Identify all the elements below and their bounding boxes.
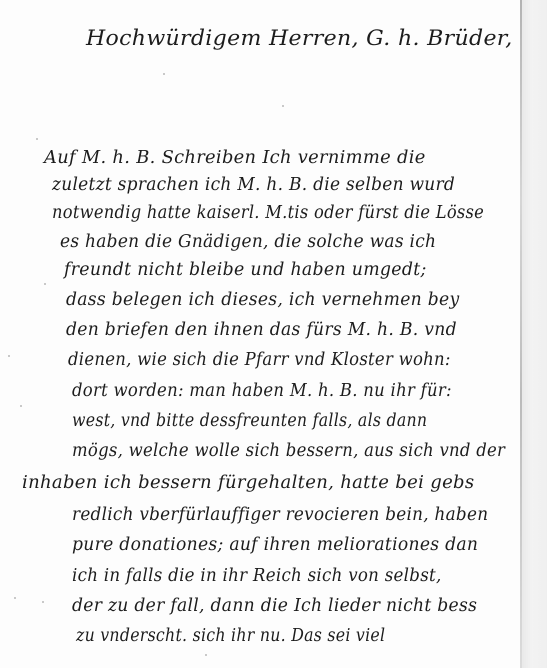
paper-speck bbox=[44, 283, 46, 285]
manuscript-line-2: zuletzt sprachen ich M. h. B. die selben… bbox=[52, 175, 455, 195]
manuscript-page: Hochwürdigem Herren, G. h. Brüder, Auf M… bbox=[0, 0, 547, 668]
paper-speck bbox=[14, 597, 16, 599]
salutation-heading: Hochwürdigem Herren, G. h. Brüder, bbox=[86, 26, 513, 50]
paper-speck bbox=[20, 405, 22, 407]
paper-speck bbox=[163, 73, 165, 75]
manuscript-line-11: mögs, welche wolle sich bessern, aus sic… bbox=[72, 441, 505, 461]
manuscript-line-9: dort worden: man haben M. h. B. nu ihr f… bbox=[72, 381, 452, 401]
manuscript-line-1: Auf M. h. B. Schreiben Ich vernimme die bbox=[44, 148, 426, 168]
paper-speck bbox=[42, 601, 44, 603]
manuscript-line-15: ich in falls die in ihr Reich sich von s… bbox=[72, 566, 442, 586]
paper-speck bbox=[36, 138, 38, 140]
adjacent-page-edge bbox=[522, 0, 547, 668]
paper-speck bbox=[282, 105, 284, 107]
manuscript-line-13: redlich vberfürlauffiger revocieren bein… bbox=[72, 505, 488, 525]
manuscript-line-3: notwendig hatte kaiserl. M.tis oder fürs… bbox=[52, 203, 484, 223]
manuscript-line-4: es haben die Gnädigen, die solche was ic… bbox=[60, 232, 436, 252]
manuscript-line-5: freundt nicht bleibe und haben umgedt; bbox=[64, 260, 427, 280]
manuscript-line-8: dienen, wie sich die Pfarr vnd Kloster w… bbox=[68, 350, 451, 370]
manuscript-line-14: pure donationes; auf ihren meliorationes… bbox=[72, 535, 478, 555]
manuscript-line-6: dass belegen ich dieses, ich vernehmen b… bbox=[66, 290, 459, 310]
manuscript-line-16: der zu der fall, dann die Ich lieder nic… bbox=[72, 596, 477, 616]
manuscript-line-10: west, vnd bitte dessfreunten falls, als … bbox=[72, 411, 427, 431]
paper-speck bbox=[8, 355, 10, 357]
manuscript-line-12: inhaben ich bessern fürgehalten, hatte b… bbox=[22, 473, 474, 493]
manuscript-line-17: zu vnderscht. sich ihr nu. Das sei viel bbox=[76, 626, 385, 646]
manuscript-line-7: den briefen den ihnen das fürs M. h. B. … bbox=[66, 320, 457, 340]
paper-speck bbox=[205, 654, 207, 656]
